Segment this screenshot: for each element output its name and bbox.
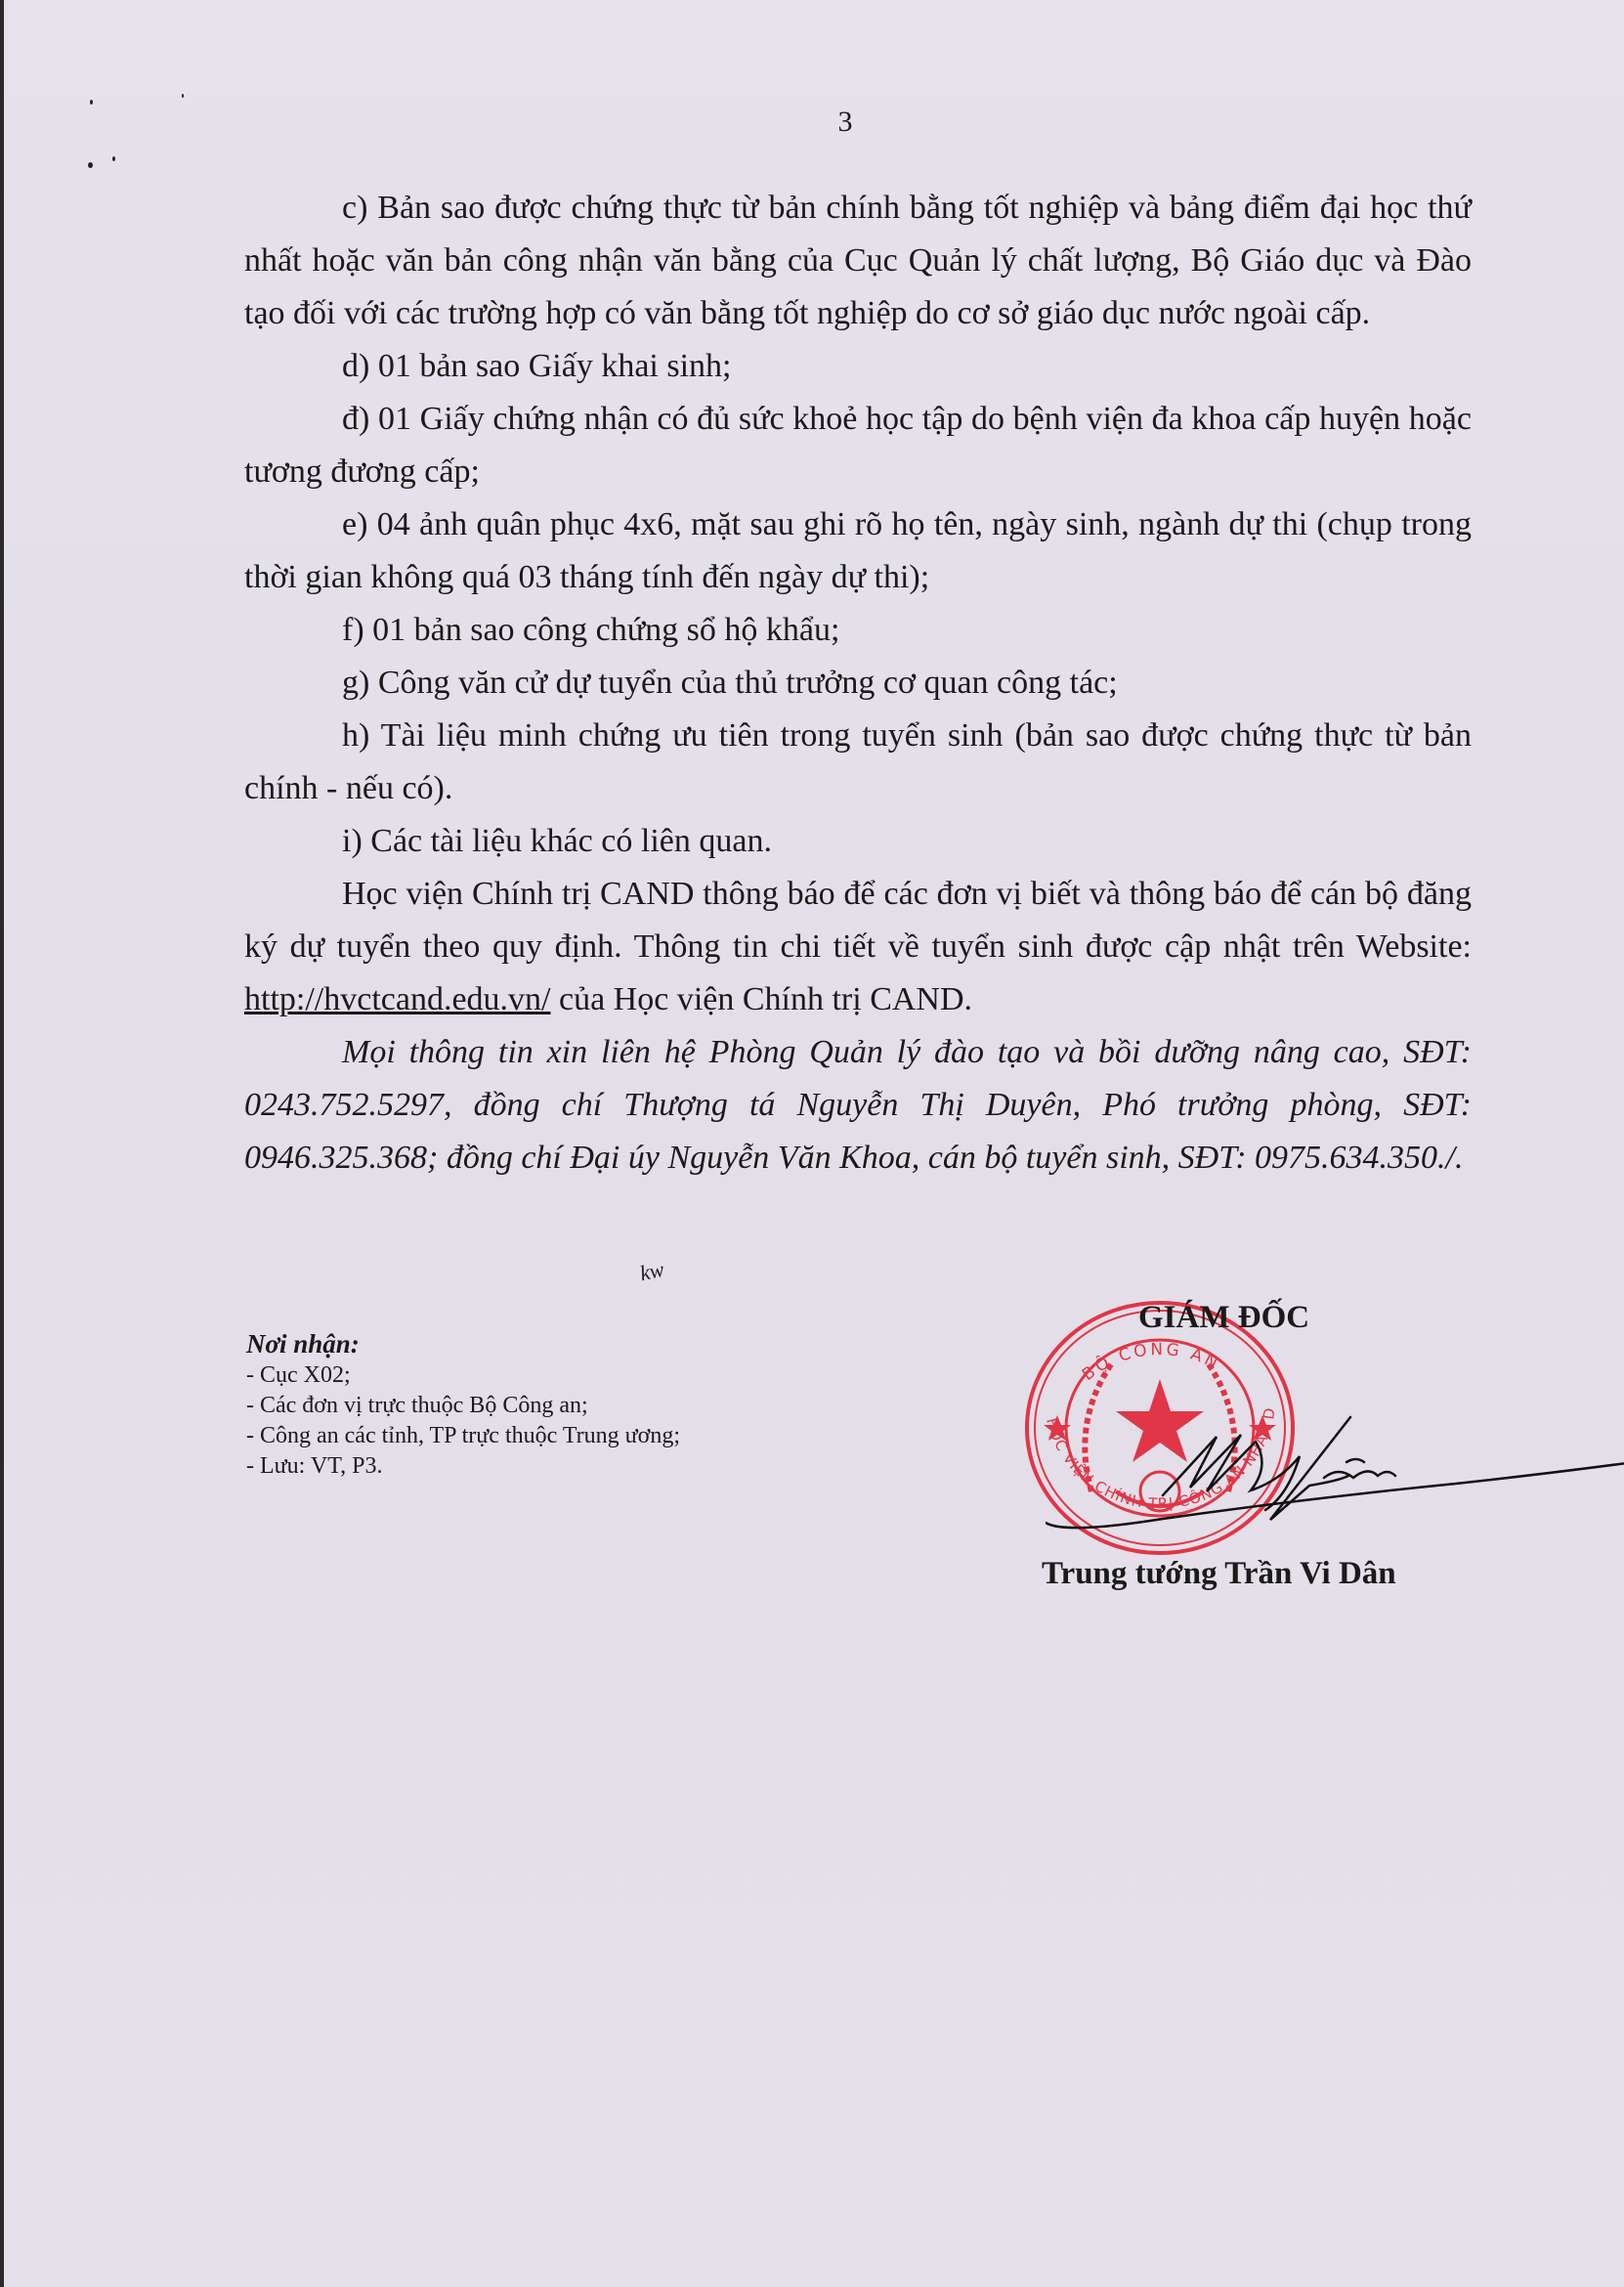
document-body: c) Bản sao được chứng thực từ bản chính … — [244, 182, 1472, 1185]
notice-paragraph: Học viện Chính trị CAND thông báo để các… — [244, 868, 1472, 1026]
document-page: 3 c) Bản sao được chứng thực từ bản chín… — [0, 0, 1624, 2287]
list-item-dd: đ) 01 Giấy chứng nhận có đủ sức khoẻ học… — [244, 393, 1472, 498]
scan-speck — [182, 94, 184, 98]
list-item-d: d) 01 bản sao Giấy khai sinh; — [244, 340, 1472, 393]
list-item-f: f) 01 bản sao công chứng sổ hộ khẩu; — [244, 604, 1472, 657]
list-item-i: i) Các tài liệu khác có liên quan. — [244, 815, 1472, 868]
recipient-item: - Công an các tỉnh, TP trực thuộc Trung … — [246, 1421, 680, 1451]
scan-speck — [90, 100, 93, 105]
website-link[interactable]: http://hvctcand.edu.vn/ — [244, 981, 551, 1017]
recipients-block: Nơi nhận: - Cục X02; - Các đơn vị trực t… — [246, 1327, 680, 1482]
scan-speck — [112, 156, 115, 161]
list-item-e: e) 04 ảnh quân phục 4x6, mặt sau ghi rõ … — [244, 498, 1472, 604]
list-item-g: g) Công văn cử dự tuyển của thủ trưởng c… — [244, 657, 1472, 710]
svg-text:BỘ CÔNG AN: BỘ CÔNG AN — [1079, 1338, 1223, 1385]
seal-top-text: BỘ CÔNG AN — [1079, 1338, 1223, 1385]
page-number: 3 — [831, 106, 860, 139]
recipient-item: - Cục X02; — [246, 1360, 680, 1391]
handwritten-signature-icon — [1046, 1398, 1624, 1544]
signer-role: GIÁM ĐỐC — [1138, 1300, 1309, 1336]
scan-edge — [0, 0, 4, 2287]
list-item-h: h) Tài liệu minh chứng ưu tiên trong tuy… — [244, 710, 1472, 815]
notice-text: Học viện Chính trị CAND thông báo để các… — [244, 876, 1472, 965]
recipient-item: - Các đơn vị trực thuộc Bộ Công an; — [246, 1391, 680, 1421]
handwritten-initials: kw — [638, 1257, 666, 1287]
signature-block: BỘ CÔNG AN HỌC VIỆN CHÍNH TRỊ CÔNG AN NH… — [1006, 1290, 1554, 1642]
recipient-item: - Lưu: VT, P3. — [246, 1451, 680, 1482]
notice-text-end: của Học viện Chính trị CAND. — [551, 981, 973, 1017]
recipients-title: Nơi nhận: — [246, 1327, 680, 1360]
signer-name: Trung tướng Trần Vi Dân — [1042, 1556, 1396, 1592]
contact-paragraph: Mọi thông tin xin liên hệ Phòng Quản lý … — [244, 1026, 1472, 1185]
list-item-c: c) Bản sao được chứng thực từ bản chính … — [244, 182, 1472, 340]
scan-speck — [88, 162, 93, 168]
